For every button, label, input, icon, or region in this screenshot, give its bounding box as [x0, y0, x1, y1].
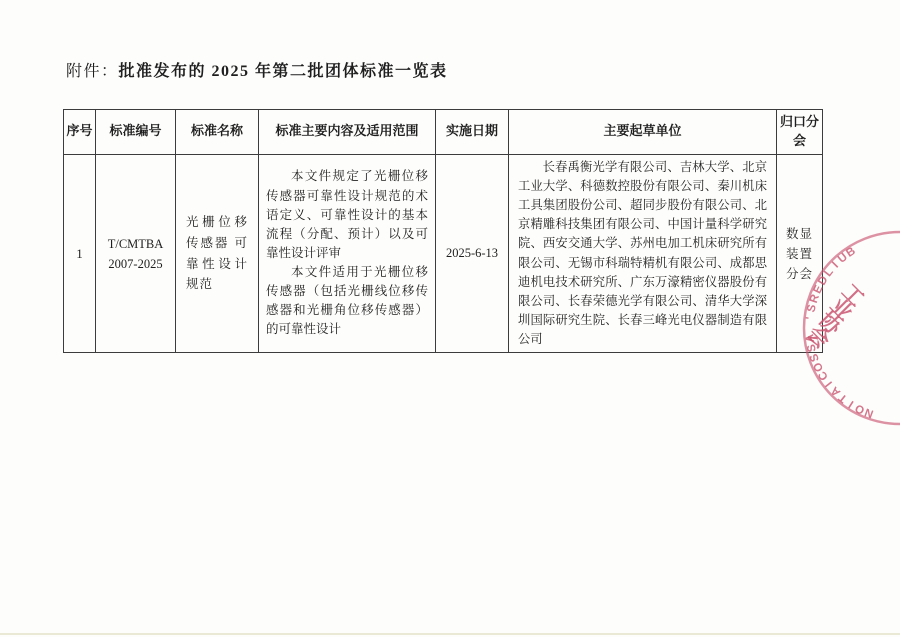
document-page: 附件：批准发布的 2025 年第二批团体标准一览表 序号 标准编号 标准名称 标… — [0, 0, 900, 637]
stamp-glyph: S — [808, 352, 822, 364]
stamp-glyph: N — [863, 406, 875, 420]
stamp-glyph: T — [837, 391, 850, 405]
header-standard-number: 标准编号 — [96, 110, 176, 155]
table-row: 1 T/CMTBA 2007-2025 光栅位移传感器 可靠性设计规范 本文件规… — [64, 154, 823, 353]
stamp-glyph: I — [847, 398, 856, 410]
header-implementation-date: 实施日期 — [436, 110, 509, 155]
header-standard-name: 标准名称 — [176, 110, 259, 155]
attachment-label: 附件： — [66, 63, 119, 80]
scope-paragraph-1: 本文件规定了光栅位移传感器可靠性设计规范的术语定义、可靠性设计的基本流程（分配、… — [266, 167, 428, 263]
stamp-glyph: L — [822, 266, 836, 279]
cell-standard-name: 光栅位移传感器 可靠性设计规范 — [176, 154, 259, 353]
stamp-glyph: O — [853, 401, 866, 416]
cell-drafting-units: 长春禹衡光学有限公司、吉林大学、北京工业大学、科德数控股份有限公司、秦川机床工具… — [509, 154, 777, 353]
stamp-glyph: B — [844, 245, 858, 260]
stamp-glyph: 业 — [826, 293, 858, 325]
drafting-units-text: 长春禹衡光学有限公司、吉林大学、北京工业大学、科德数控股份有限公司、秦川机床工具… — [518, 158, 767, 350]
stamp-glyph: C — [816, 369, 831, 382]
header-scope: 标准主要内容及适用范围 — [259, 110, 436, 155]
scope-paragraph-2: 本文件适用于光栅位移传感器（包括光栅线位移传感器和光栅角位移传感器）的可靠性设计 — [266, 263, 428, 340]
cell-subcommittee: 数显装置分会 — [777, 154, 823, 353]
header-drafting-units: 主要起草单位 — [509, 110, 777, 155]
cell-scope: 本文件规定了光栅位移传感器可靠性设计规范的术语定义、可靠性设计的基本流程（分配、… — [259, 154, 436, 353]
cell-index: 1 — [64, 154, 96, 353]
standards-table: 序号 标准编号 标准名称 标准主要内容及适用范围 实施日期 主要起草单位 归口分… — [63, 109, 823, 353]
document-title: 附件：批准发布的 2025 年第二批团体标准一览表 — [66, 58, 448, 81]
stamp-glyph: U — [836, 251, 850, 266]
stamp-glyph: A — [829, 384, 843, 398]
scan-bottom-edge — [0, 633, 900, 635]
header-subcommittee: 归口分会 — [777, 110, 823, 155]
title-text: 批准发布的 2025 年第二批团体标准一览表 — [119, 63, 448, 80]
cell-standard-number: T/CMTBA 2007-2025 — [96, 154, 176, 353]
table-header-row: 序号 标准编号 标准名称 标准主要内容及适用范围 实施日期 主要起草单位 归口分… — [64, 110, 823, 155]
header-index: 序号 — [64, 110, 96, 155]
stamp-glyph: I — [830, 260, 841, 271]
stamp-glyph: O — [811, 360, 826, 373]
stamp-glyph: I — [824, 379, 835, 389]
stamp-glyph: 工 — [837, 279, 869, 311]
cell-implementation-date: 2025-6-13 — [436, 154, 509, 353]
